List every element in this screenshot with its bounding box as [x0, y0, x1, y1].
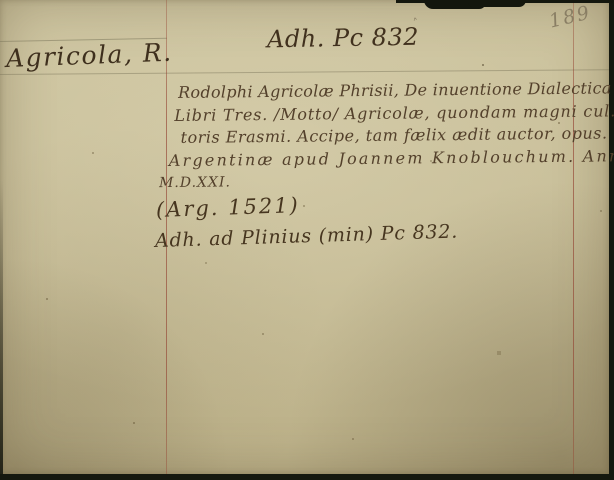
pencil-page-number: 189	[547, 2, 593, 33]
catalog-card: Adh. Pc 832 Agricola, R. Rodolphi Agrico…	[0, 0, 609, 474]
entry-line: M.D.XXI.	[159, 167, 614, 194]
faint-rule-header	[0, 69, 609, 75]
card-left-edge-shadow	[0, 180, 3, 474]
card-top-tear	[468, 0, 526, 7]
shelfmark-heading: Adh. Pc 832	[258, 23, 428, 54]
photograph-backdrop: { "card": { "shelfmark_heading": "Adh. P…	[0, 0, 614, 480]
author-heading: Agricola, R.	[5, 38, 173, 73]
paper-speckles	[0, 0, 2, 2]
imprint-year-note: (Arg. 1521)	[156, 193, 301, 222]
entry-paragraph: Rodolphi Agricolæ Phrisii, De inuentione…	[172, 77, 614, 194]
bound-with-reference-note: Adh. ad Plinius (min) Pc 832.	[155, 220, 459, 252]
red-rule-right	[573, 0, 574, 474]
